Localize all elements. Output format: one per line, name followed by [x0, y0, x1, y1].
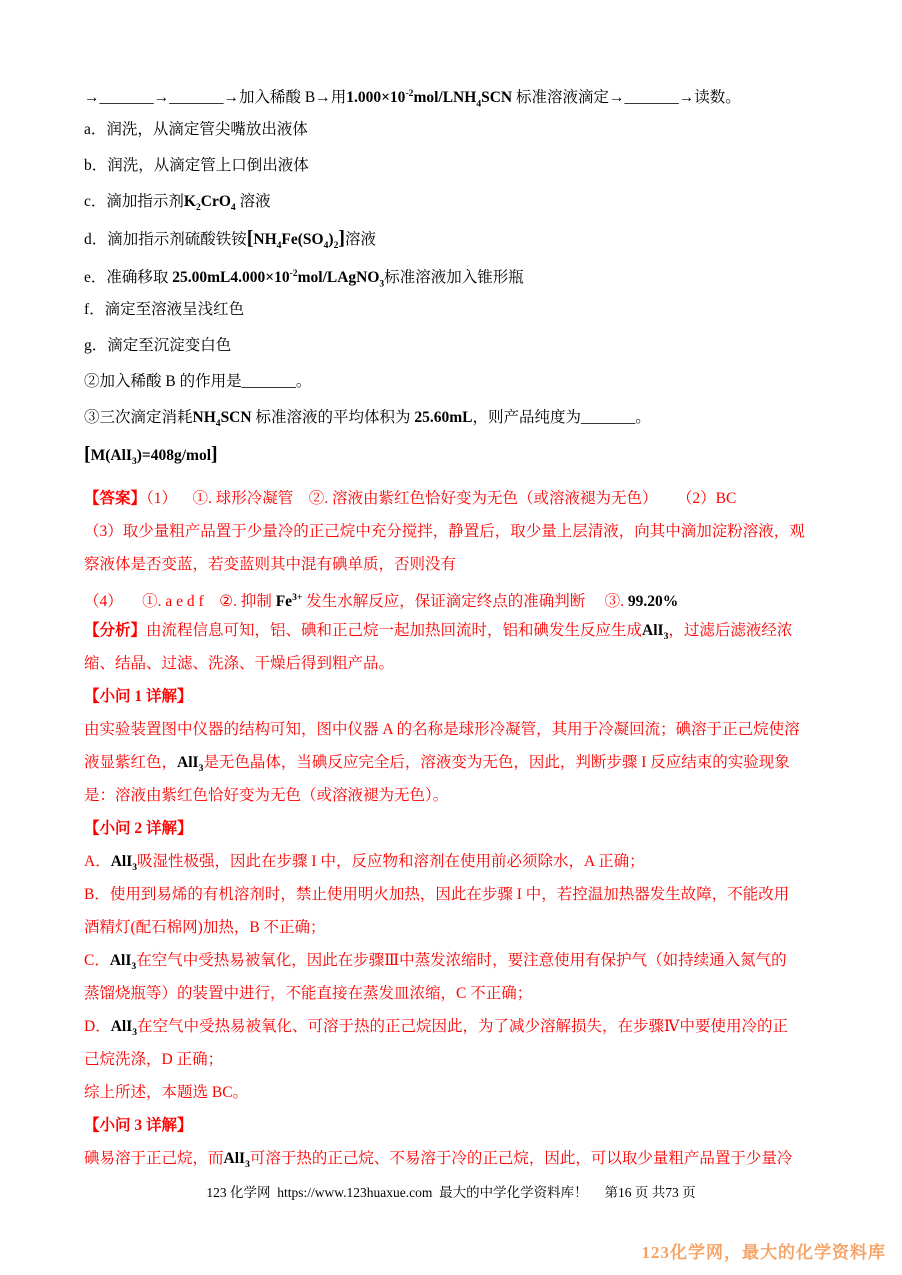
text-segment: 缩、结晶、过滤、洗涤、干燥后得到粗产品。: [84, 655, 394, 672]
text-segment: SCN: [481, 89, 512, 106]
text-segment: M(AlI: [91, 447, 132, 464]
text-segment: 在空气中受热易被氧化，因此在步骤Ⅲ中蒸发浓缩时，要注意使用有保护气（如持续通入氮…: [136, 952, 786, 969]
subq2-option-c-1: C．AlI3在空气中受热易被氧化，因此在步骤Ⅲ中蒸发浓缩时，要注意使用有保护气（…: [84, 944, 832, 977]
text-segment: Fe(SO: [281, 231, 323, 248]
step-option-f: f．滴定至溶液呈浅红色: [84, 292, 832, 328]
text-segment: 【答案】: [84, 490, 146, 507]
step-option-g: g．滴定至沉淀变白色: [84, 328, 832, 364]
subquestion-3-header: 【小问 3 详解】: [84, 1109, 832, 1142]
subq1-line-3: 是：溶液由紫红色恰好变为无色（或溶液褪为无色）。: [84, 779, 832, 812]
text-segment: 标准溶液的平均体积为: [252, 409, 415, 426]
text-segment: 发生水解反应，保证滴定终点的准确判断 ③.: [302, 593, 628, 610]
text-segment: AlI: [224, 1150, 246, 1167]
text-segment: [: [84, 443, 91, 465]
text-segment: 1.000×10: [346, 89, 405, 106]
text-segment: 蒸馏烧瓶等）的装置中进行，不能直接在蒸发皿浓缩，C 不正确；: [84, 985, 532, 1002]
text-segment: 是：溶液由紫红色恰好变为无色（或溶液褪为无色）。: [84, 787, 448, 804]
text-segment: mol/LNH: [413, 89, 476, 106]
text-segment: mol/LAgNO: [298, 269, 380, 286]
answer-line-1: 【答案】（1） ①. 球形冷凝管 ②. 溶液由紫红色恰好变为无色（或溶液褪为无色…: [84, 482, 832, 515]
subq2-option-c-2: 蒸馏烧瓶等）的装置中进行，不能直接在蒸发皿浓缩，C 不正确；: [84, 977, 832, 1010]
question-3: ③三次滴定消耗NH4SCN 标准溶液的平均体积为 25.60mL，则产品纯度为_…: [84, 400, 832, 436]
question-section: →_______→_______→加入稀酸 B→用1.000×10-2mol/L…: [84, 76, 832, 472]
text-segment: 3+: [292, 592, 302, 603]
text-segment: AlI: [177, 754, 199, 771]
text-segment: （1） ①. 球形冷凝管 ②. 溶液由紫红色恰好变为无色（或溶液褪为无色） （2…: [146, 490, 736, 507]
answer-line-3: 察液体是否变蓝，若变蓝则其中混有碘单质，否则没有: [84, 548, 832, 581]
analysis-line-1: 【分析】由流程信息可知，铝、碘和正己烷一起加热回流时，铝和碘发生反应生成AlI3…: [84, 614, 832, 647]
text-segment: →_______→_______→加入稀酸 B→用: [84, 89, 346, 106]
text-segment: 由实验装置图中仪器的结构可知，图中仪器 A 的名称是球形冷凝管，其用于冷凝回流；…: [84, 721, 800, 738]
document-page: →_______→_______→加入稀酸 B→用1.000×10-2mol/L…: [0, 0, 902, 1275]
text-segment: 酒精灯(配石棉网)加热，B 不正确；: [84, 919, 326, 936]
text-segment: A．: [84, 853, 111, 870]
text-segment: NH: [253, 231, 276, 248]
subq2-option-b-2: 酒精灯(配石棉网)加热，B 不正确；: [84, 911, 832, 944]
subquestion-2-header: 【小问 2 详解】: [84, 812, 832, 845]
text-segment: SCN: [221, 409, 252, 426]
subq2-option-d-1: D．AlI3在空气中受热易被氧化、可溶于热的正己烷因此，为了减少溶解损失，在步骤…: [84, 1010, 832, 1043]
text-segment: D．: [84, 1018, 111, 1035]
text-segment: 【分析】: [84, 622, 146, 639]
titration-flow-line: →_______→_______→加入稀酸 B→用1.000×10-2mol/L…: [84, 76, 832, 112]
text-segment: AlI: [642, 622, 664, 639]
step-option-c: c．滴加指示剂K2CrO4 溶液: [84, 184, 832, 220]
text-segment: 标准溶液滴定→_______→读数。: [512, 89, 741, 106]
subq2-option-a: A．AlI3吸湿性极强，因此在步骤 I 中，反应物和溶剂在使用前必须除水，A 正…: [84, 845, 832, 878]
text-segment: 标准溶液加入锥形瓶: [384, 269, 524, 286]
text-segment: ，过滤后滤液经浓: [668, 622, 792, 639]
text-segment: 溶液: [236, 193, 271, 210]
text-segment: 碘易溶于正己烷，而: [84, 1150, 224, 1167]
subquestion-1-header: 【小问 1 详解】: [84, 680, 832, 713]
text-segment: 液显紫红色，: [84, 754, 177, 771]
subq3-line-1: 碘易溶于正己烷，而AlI3可溶于热的正己烷、不易溶于冷的正己烷，因此，可以取少量…: [84, 1142, 832, 1175]
text-segment: 己烷洗涤，D 正确；: [84, 1051, 223, 1068]
subq2-option-b-1: B．使用到易烯的有机溶剂时，禁止使用明火加热，因此在步骤 I 中，若控温加热器发…: [84, 878, 832, 911]
text-segment: )=408g/mol: [137, 447, 211, 464]
step-option-b: b．润洗，从滴定管上口倒出液体: [84, 148, 832, 184]
analysis-line-2: 缩、结晶、过滤、洗涤、干燥后得到粗产品。: [84, 647, 832, 680]
text-segment: NH: [193, 409, 216, 426]
answer-line-2: （3）取少量粗产品置于少量冷的正己烷中充分搅拌，静置后，取少量上层清液，向其中滴…: [84, 515, 832, 548]
subq2-option-d-2: 己烷洗涤，D 正确；: [84, 1043, 832, 1076]
text-segment: 由流程信息可知，铝、碘和正己烷一起加热回流时，铝和碘发生反应生成: [146, 622, 642, 639]
text-segment: d．滴加指示剂硫酸铁铵: [84, 231, 247, 248]
answer-section: 【答案】（1） ①. 球形冷凝管 ②. 溶液由紫红色恰好变为无色（或溶液褪为无色…: [84, 482, 832, 1175]
text-segment: c．滴加指示剂: [84, 193, 184, 210]
text-segment: a．润洗，从滴定管尖嘴放出液体: [84, 121, 308, 138]
step-option-a: a．润洗，从滴定管尖嘴放出液体: [84, 112, 832, 148]
answer-line-4: （4） ①. a e d f ②. 抑制 Fe3+ 发生水解反应，保证滴定终点的…: [84, 581, 832, 614]
subq1-line-2: 液显紫红色，AlI3是无色晶体，当碘反应完全后，溶液变为无色，因此，判断步骤 I…: [84, 746, 832, 779]
text-segment: ]: [338, 227, 345, 249]
question-2: ②加入稀酸 B 的作用是_______。: [84, 364, 832, 400]
text-segment: b．润洗，从滴定管上口倒出液体: [84, 157, 309, 174]
text-segment: ]: [211, 443, 218, 465]
text-segment: （3）取少量粗产品置于少量冷的正己烷中充分搅拌，静置后，取少量上层清液，向其中滴…: [84, 523, 805, 540]
text-segment: 99.20%: [628, 593, 678, 610]
text-segment: C．: [84, 952, 110, 969]
text-segment: 溶液: [345, 231, 376, 248]
text-segment: -2: [290, 268, 298, 279]
text-segment: 吸湿性极强，因此在步骤 I 中，反应物和溶剂在使用前必须除水，A 正确；: [137, 853, 645, 870]
page-footer: 123 化学网 https://www.123huaxue.com 最大的中学化…: [0, 1181, 902, 1201]
text-segment: ②加入稀酸 B 的作用是_______。: [84, 373, 311, 390]
text-segment: 25.60mL: [414, 409, 472, 426]
text-segment: B．使用到易烯的有机溶剂时，禁止使用明火加热，因此在步骤 I 中，若控温加热器发…: [84, 886, 789, 903]
text-segment: K: [184, 193, 196, 210]
text-segment: （4） ①. a e d f ②. 抑制: [84, 593, 276, 610]
subq1-line-1: 由实验装置图中仪器的结构可知，图中仪器 A 的名称是球形冷凝管，其用于冷凝回流；…: [84, 713, 832, 746]
text-segment: ，则产品纯度为_______。: [472, 409, 650, 426]
step-option-e: e．准确移取 25.00mL4.000×10-2mol/LAgNO3标准溶液加入…: [84, 256, 832, 292]
step-option-d: d．滴加指示剂硫酸铁铵[NH4Fe(SO4)2]溶液: [84, 220, 832, 256]
text-segment: 在空气中受热易被氧化、可溶于热的正己烷因此，为了减少溶解损失，在步骤Ⅳ中要使用冷…: [137, 1018, 788, 1035]
text-segment: f．滴定至溶液呈浅红色: [84, 301, 244, 318]
document-content: →_______→_______→加入稀酸 B→用1.000×10-2mol/L…: [0, 0, 902, 1175]
text-segment: 25.00mL4.000×10: [172, 269, 289, 286]
text-segment: CrO: [201, 193, 231, 210]
text-segment: AlI: [110, 952, 132, 969]
text-segment: 可溶于热的正己烷、不易溶于冷的正己烷，因此，可以取少量粗产品置于少量冷: [250, 1150, 793, 1167]
text-segment: e．准确移取: [84, 269, 172, 286]
text-segment: Fe: [276, 593, 292, 610]
text-segment: 察液体是否变蓝，若变蓝则其中混有碘单质，否则没有: [84, 556, 456, 573]
molar-mass-note: [M(AlI3)=408g/mol]: [84, 436, 832, 472]
text-segment: 是无色晶体，当碘反应完全后，溶液变为无色，因此，判断步骤 I 反应结束的实验现象: [203, 754, 789, 771]
text-segment: 【小问 1 详解】: [84, 688, 193, 705]
subq2-conclusion: 综上所述，本题选 BC。: [84, 1076, 832, 1109]
watermark: 123化学网，最大的化学资料库: [642, 1238, 887, 1263]
text-segment: 【小问 2 详解】: [84, 820, 193, 837]
text-segment: AlI: [111, 1018, 133, 1035]
text-segment: AlI: [111, 853, 133, 870]
text-segment: ③三次滴定消耗: [84, 409, 193, 426]
text-segment: 综上所述，本题选 BC。: [84, 1084, 248, 1101]
text-segment: 【小问 3 详解】: [84, 1117, 193, 1134]
text-segment: g．滴定至沉淀变白色: [84, 337, 231, 354]
